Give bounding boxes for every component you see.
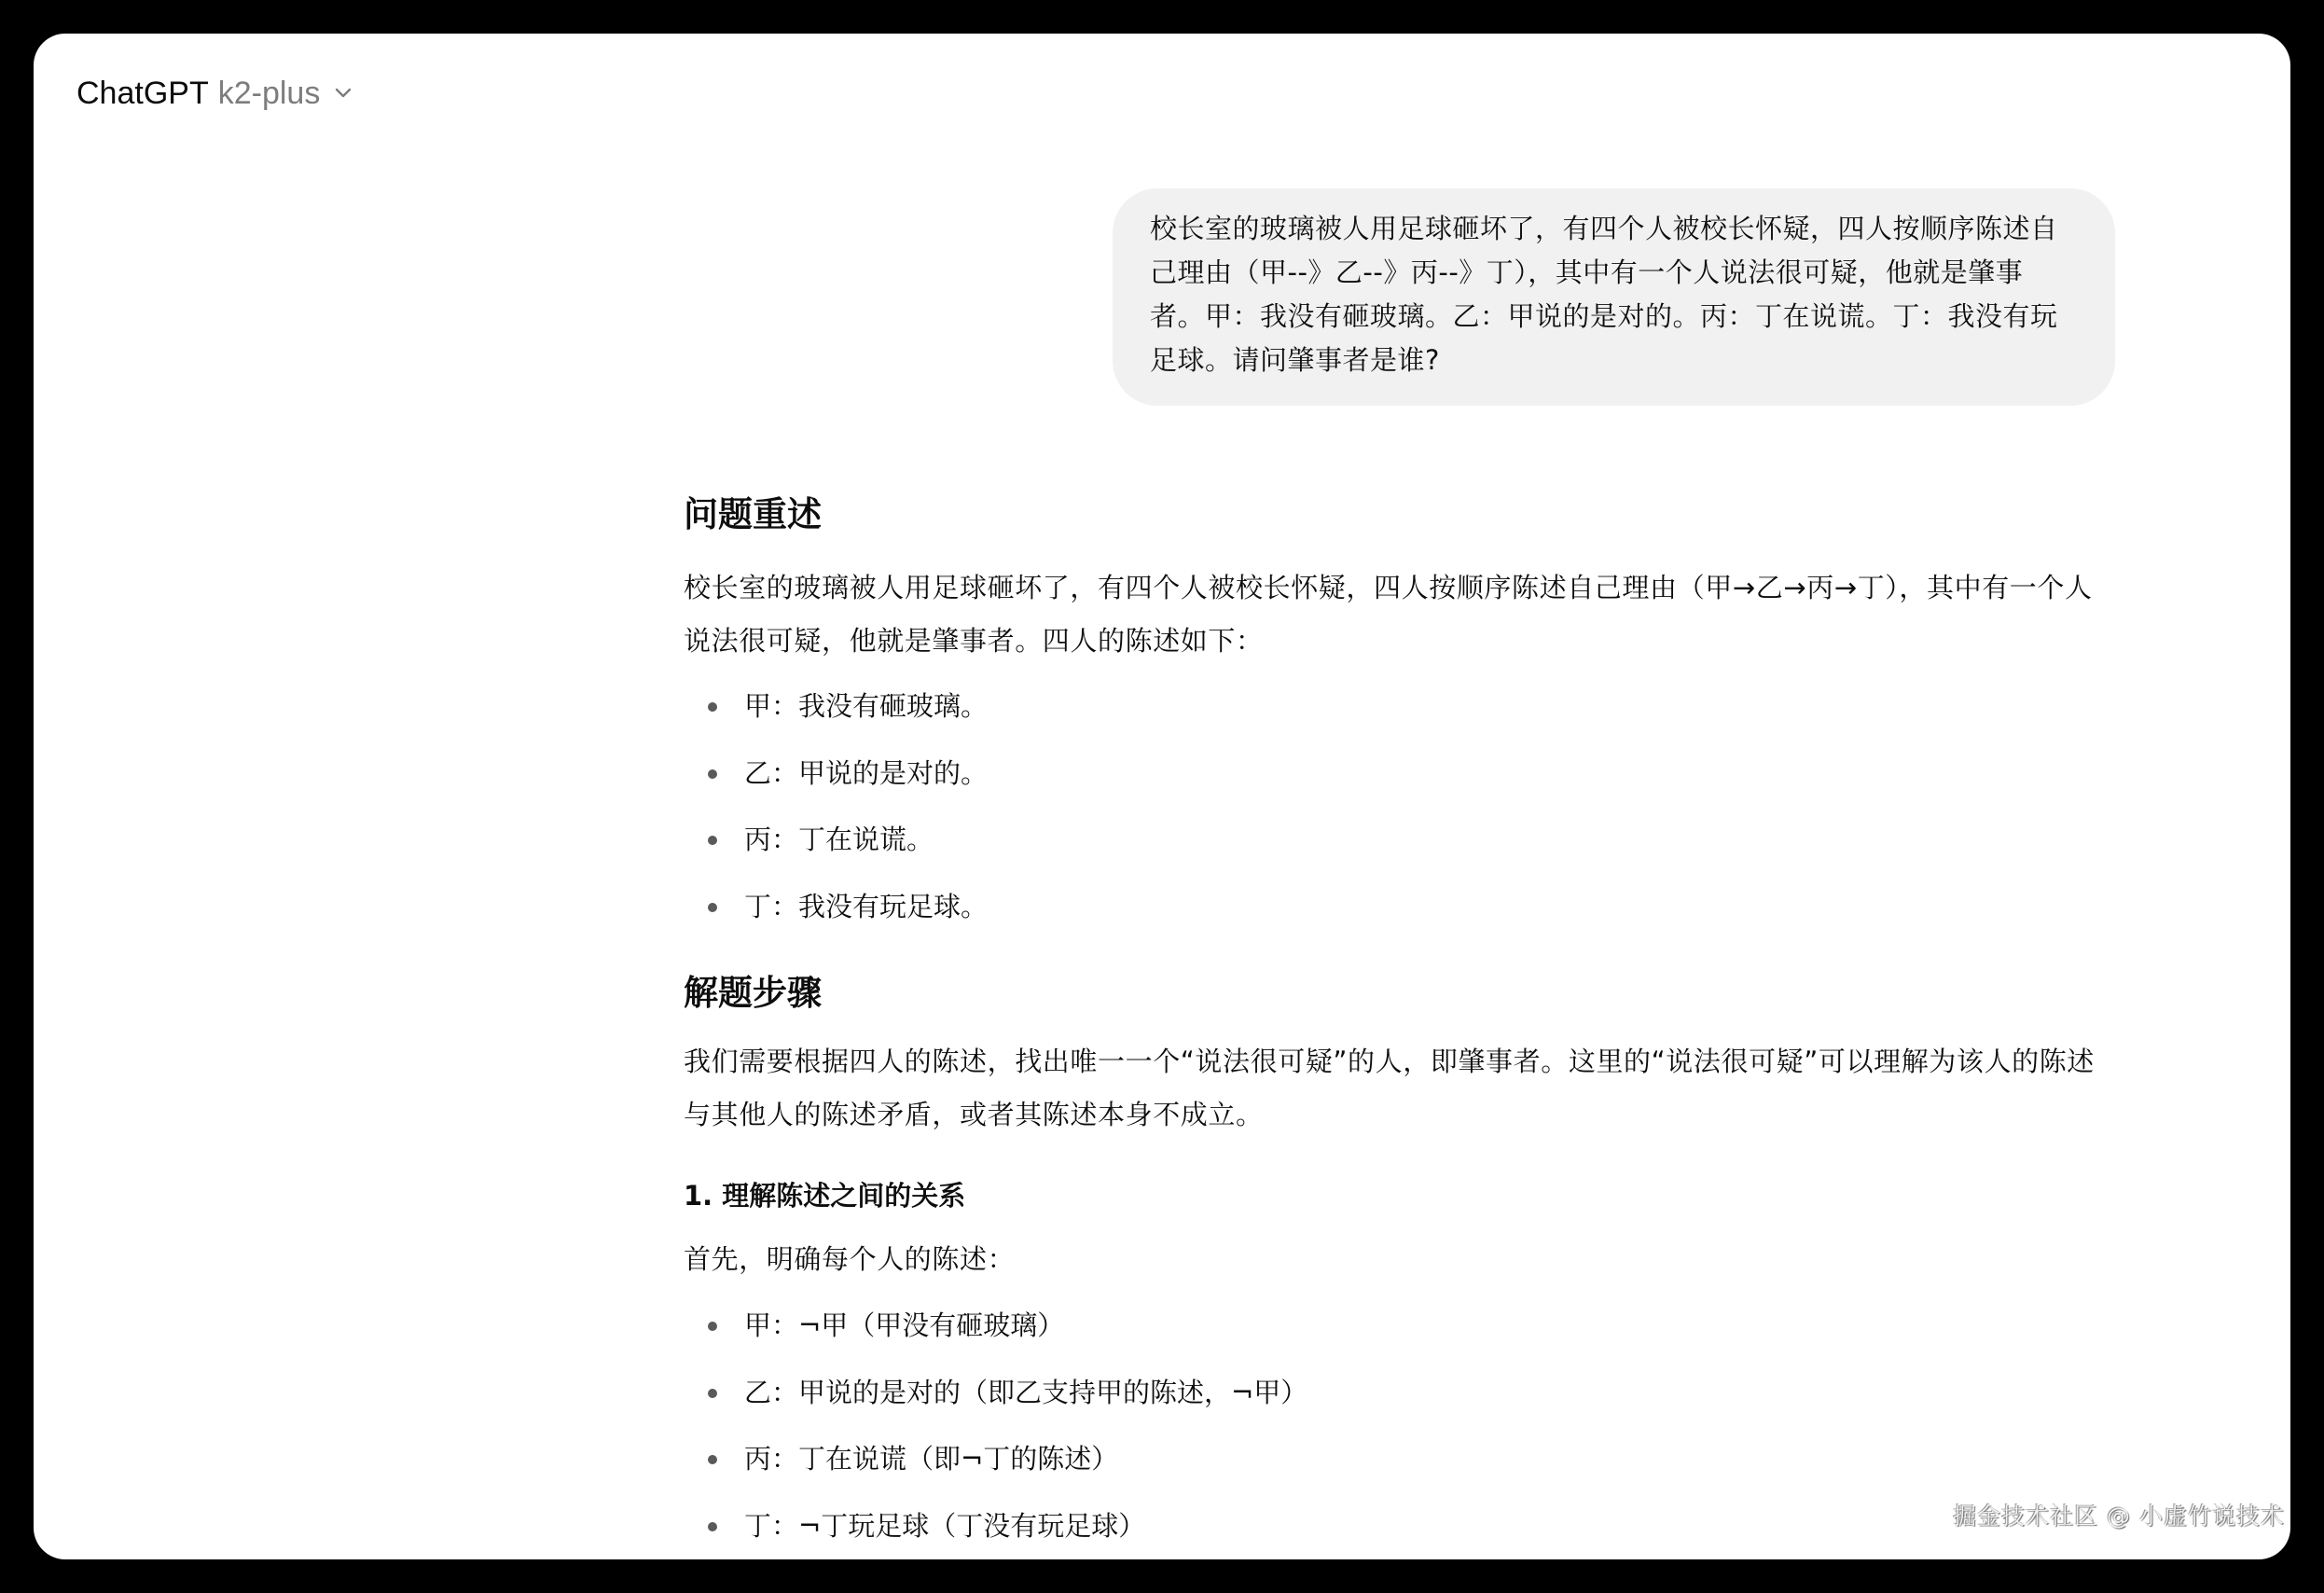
user-message-bubble: 校长室的玻璃被人用足球砸坏了，有四个人被校长怀疑，四人按顺序陈述自己理由（甲--… bbox=[1113, 188, 2115, 406]
chat-window: ChatGPT k2-plus 校长室的玻璃被人用足球砸坏了，有四个人被校长怀疑… bbox=[34, 34, 2290, 1559]
bullet-icon bbox=[708, 903, 717, 912]
bullet-icon bbox=[708, 1389, 717, 1398]
bullet-icon bbox=[708, 1522, 717, 1531]
list-item-text: 丁：¬丁玩足球（丁没有玩足球） bbox=[744, 1510, 1145, 1542]
bullet-icon bbox=[708, 702, 717, 712]
bullet-icon bbox=[708, 769, 717, 779]
section-heading-problem-restatement: 问题重述 bbox=[684, 492, 822, 537]
list-item-text: 甲：¬甲（甲没有砸玻璃） bbox=[744, 1309, 1064, 1341]
bullet-icon bbox=[708, 1455, 717, 1464]
watermark: 掘金技术社区 @ 小虚竹说技术 bbox=[1953, 1498, 2285, 1531]
statements-list: 甲：我没有砸玻璃。 乙：甲说的是对的。 丙：丁在说谎。 丁：我没有玩足球。 bbox=[684, 673, 988, 941]
list-item-text: 丙：丁在说谎（即¬丁的陈述） bbox=[744, 1443, 1118, 1475]
list-item: 甲：我没有砸玻璃。 bbox=[684, 673, 988, 741]
chevron-down-icon bbox=[333, 83, 353, 104]
list-item: 丁：我没有玩足球。 bbox=[684, 874, 988, 941]
list-item-text: 乙：甲说的是对的（即乙支持甲的陈述，¬甲） bbox=[744, 1377, 1307, 1408]
list-item: 丙：丁在说谎（即¬丁的陈述） bbox=[684, 1426, 1307, 1493]
step-heading: 1. 理解陈述之间的关系 bbox=[684, 1177, 965, 1214]
problem-restatement-paragraph: 校长室的玻璃被人用足球砸坏了，有四个人被校长怀疑，四人按顺序陈述自己理由（甲→乙… bbox=[684, 561, 2115, 668]
step-intro-paragraph: 首先，明确每个人的陈述： bbox=[684, 1233, 2115, 1286]
list-item-text: 丙：丁在说谎。 bbox=[744, 824, 934, 855]
app-title: ChatGPT bbox=[76, 76, 209, 112]
list-item-text: 乙：甲说的是对的。 bbox=[744, 757, 988, 789]
model-name: k2-plus bbox=[218, 76, 321, 112]
user-message-text: 校长室的玻璃被人用足球砸坏了，有四个人被校长怀疑，四人按顺序陈述自己理由（甲--… bbox=[1150, 213, 2058, 376]
model-selector[interactable]: ChatGPT k2-plus bbox=[76, 65, 353, 121]
bullet-icon bbox=[708, 1322, 717, 1331]
section-heading-solution-steps: 解题步骤 bbox=[684, 971, 822, 1016]
list-item: 乙：甲说的是对的（即乙支持甲的陈述，¬甲） bbox=[684, 1360, 1307, 1427]
list-item-text: 丁：我没有玩足球。 bbox=[744, 891, 988, 922]
list-item: 甲：¬甲（甲没有砸玻璃） bbox=[684, 1293, 1307, 1360]
list-item-text: 甲：我没有砸玻璃。 bbox=[744, 690, 988, 722]
list-item: 丙：丁在说谎。 bbox=[684, 807, 988, 874]
list-item: 丁：¬丁玩足球（丁没有玩足球） bbox=[684, 1493, 1307, 1559]
list-item: 乙：甲说的是对的。 bbox=[684, 741, 988, 808]
formal-statements-list: 甲：¬甲（甲没有砸玻璃） 乙：甲说的是对的（即乙支持甲的陈述，¬甲） 丙：丁在说… bbox=[684, 1293, 1307, 1559]
bullet-icon bbox=[708, 836, 717, 845]
solution-steps-paragraph: 我们需要根据四人的陈述，找出唯一一个“说法很可疑”的人，即肇事者。这里的“说法很… bbox=[684, 1035, 2115, 1142]
